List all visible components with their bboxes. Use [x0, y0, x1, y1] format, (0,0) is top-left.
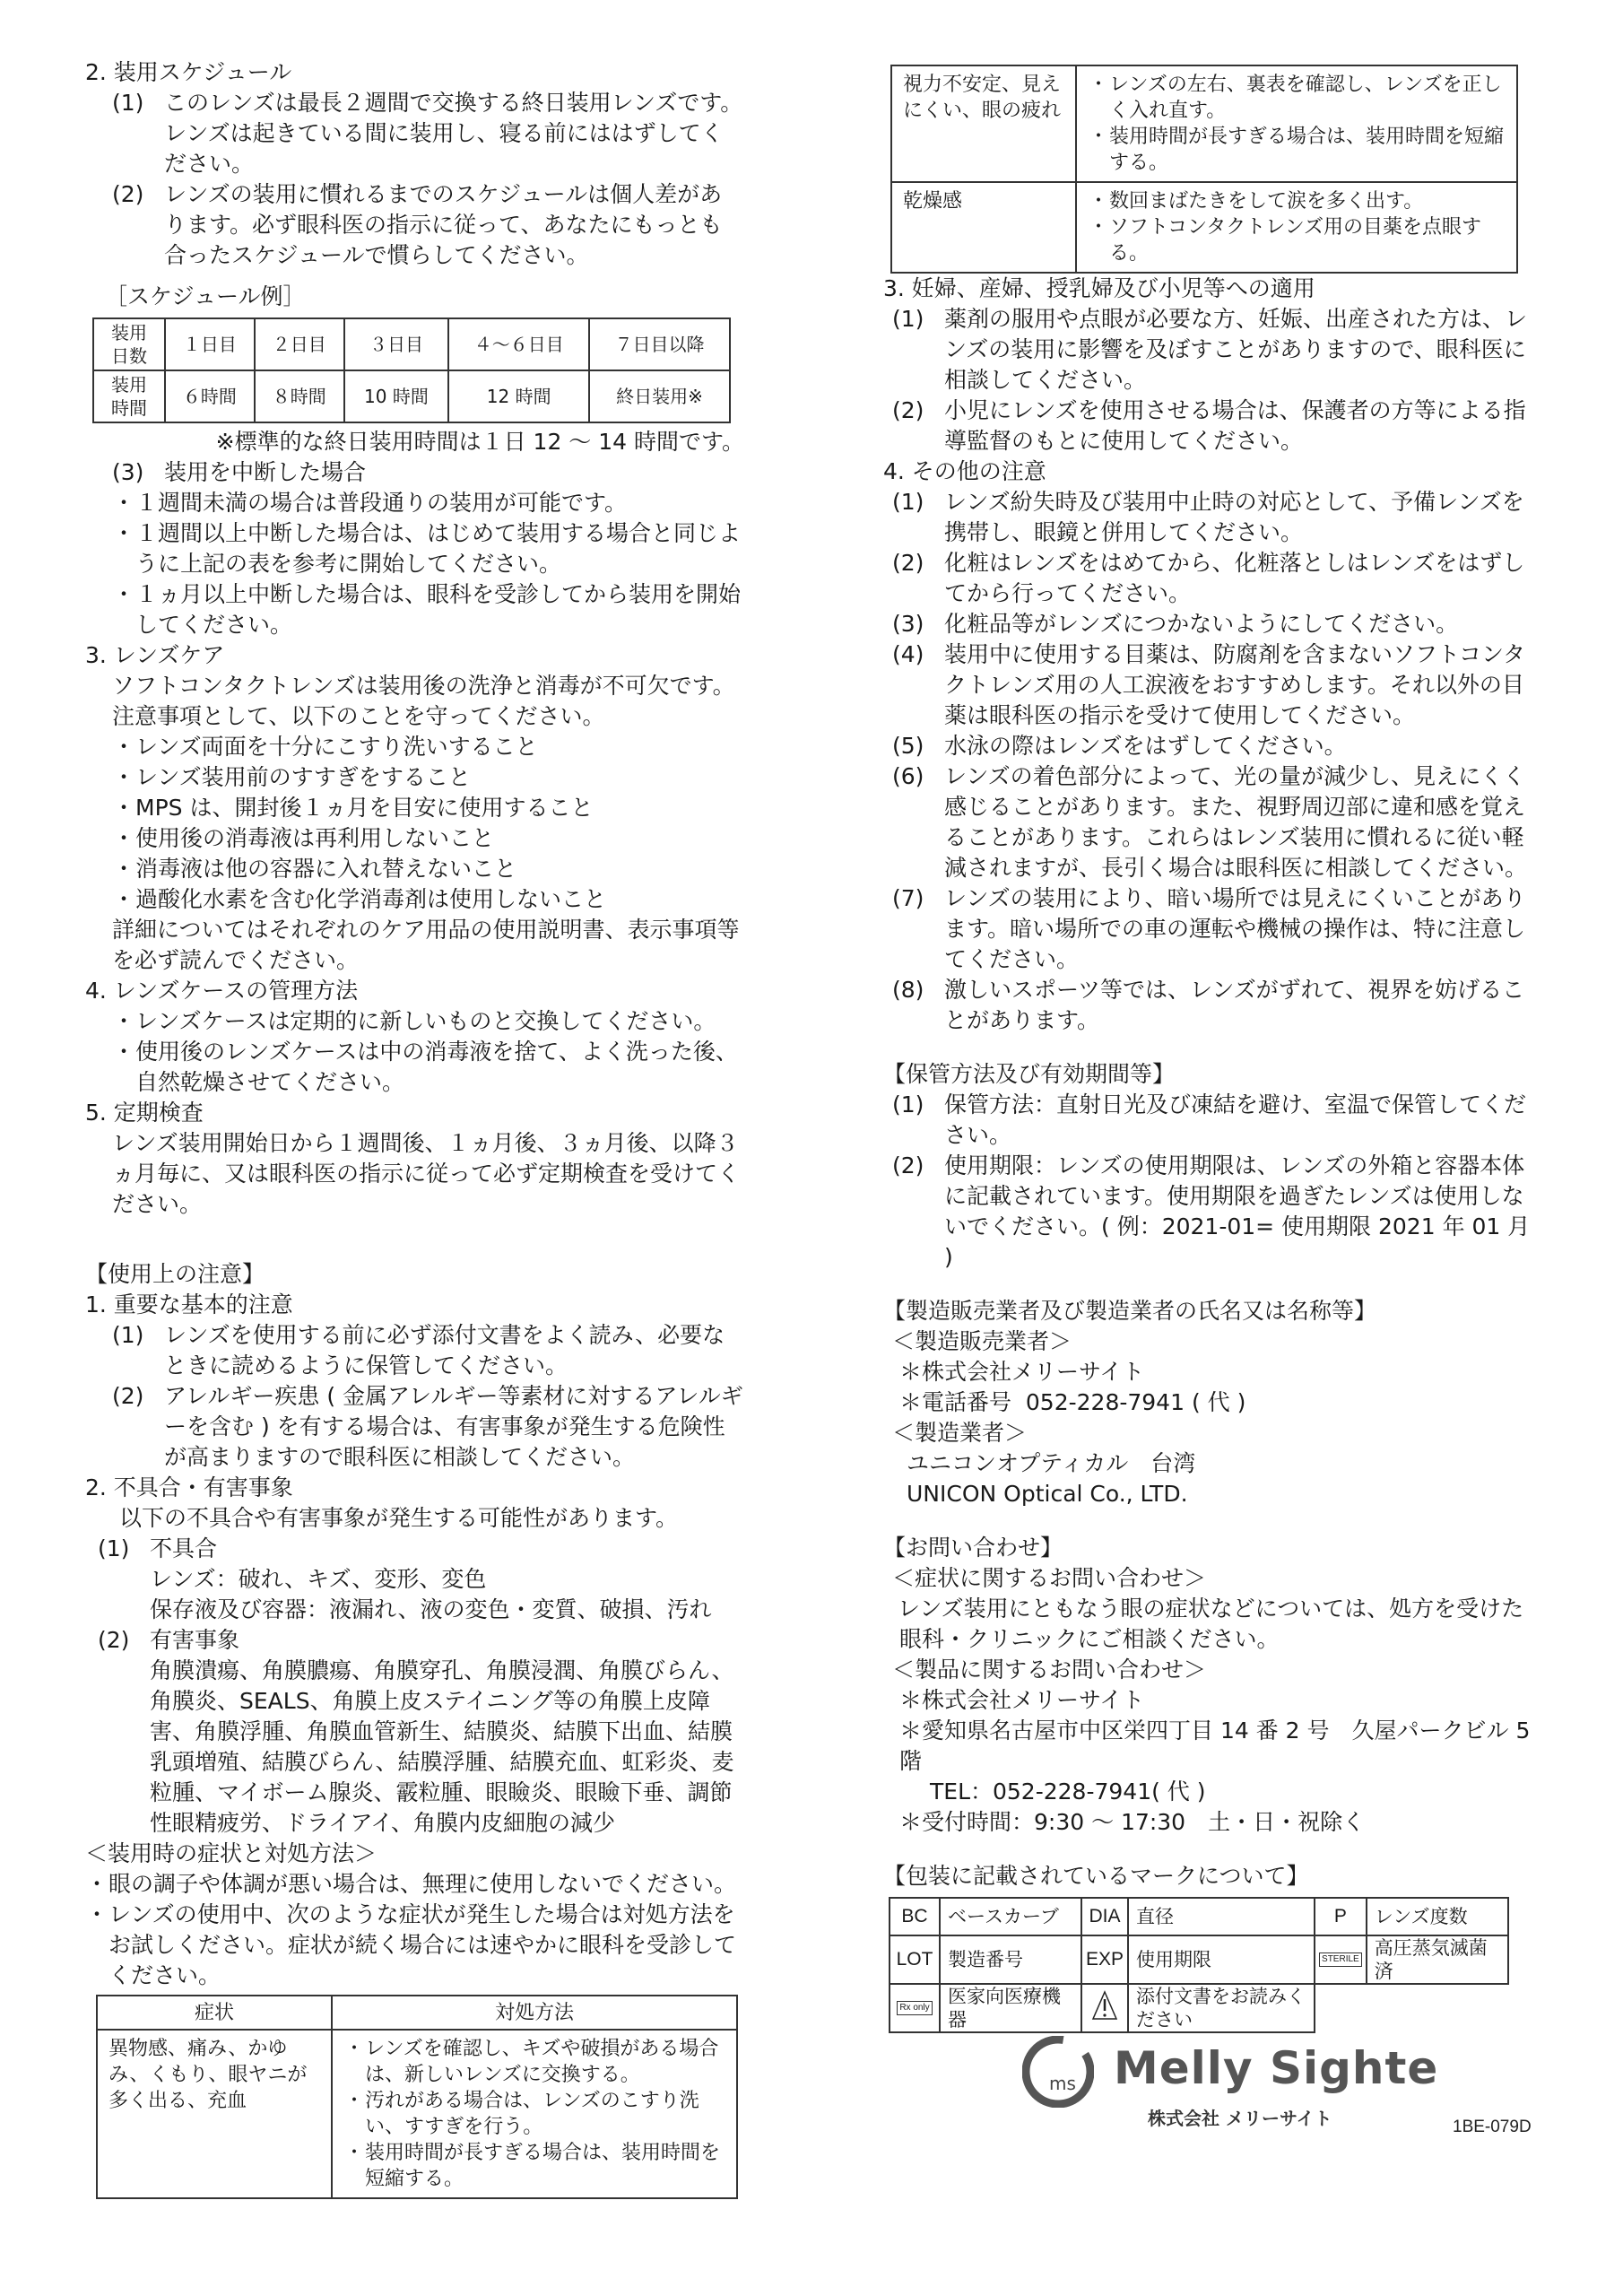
bullet-item: ・レンズの使用中、次のような症状が発生した場合は対処方法をお試しください。症状が… — [85, 1900, 744, 1991]
maker-name-jp: ユニコンオプティカル 台湾 — [883, 1448, 1542, 1479]
company-name-jp: 株式会社 メリーサイト — [1148, 2108, 1332, 2129]
section-title-adverse: 2. 不具合・有害事象 — [85, 1473, 744, 1503]
table-header: 症状 — [97, 1996, 332, 2030]
bullet-item: ・１週間未満の場合は普段通りの装用が可能です。 — [85, 488, 744, 518]
bullet-item: ・使用後の消毒液は再利用しないこと — [85, 823, 744, 854]
list-item: (3) 装用を中断した場合 — [85, 457, 744, 488]
bullet-item: ・１週間以上中断した場合は、はじめて装用する場合と同じように上記の表を参考に開始… — [85, 518, 744, 579]
list-item: (1)レンズ紛失時及び装用中止時の対応として、予備レンズを携帯し、眼鏡と併用して… — [883, 487, 1542, 548]
bullet-item: ・過酸化水素を含む化学消毒剤は使用しないこと — [85, 884, 744, 915]
table-cell: 終日装用※ — [589, 370, 730, 422]
paragraph: 保存液及び容器：液漏れ、液の変色・変質、破損、汚れ — [85, 1595, 744, 1625]
section-title-lens-case: 4. レンズケースの管理方法 — [85, 976, 744, 1006]
bullet-item: ・レンズ装用前のすすぎをすること — [85, 762, 744, 793]
symptoms-heading: ＜装用時の症状と対処方法＞ — [85, 1839, 744, 1869]
heading-manufacturer: 【製造販売業者及び製造業者の氏名又は名称等】 — [883, 1296, 1542, 1326]
list-item: (2) 小児にレンズを使用させる場合は、保護者の方等による指導監督のもとに使用し… — [883, 396, 1542, 457]
maker-label: ＜製造業者＞ — [883, 1418, 1542, 1448]
paragraph: 詳細についてはそれぞれのケア用品の使用説明書、表示事項等を必ず読んでください。 — [85, 915, 744, 976]
heading-precautions: 【使用上の注意】 — [85, 1259, 744, 1290]
list-item: (2)使用期限：レンズの使用期限は、レンズの外箱と容器本体に記載されています。使… — [883, 1151, 1542, 1273]
paragraph: ソフトコンタクトレンズは装用後の洗浄と消毒が不可欠です。注意事項として、以下のこ… — [85, 671, 744, 732]
heading-storage: 【保管方法及び有効期間等】 — [883, 1059, 1542, 1090]
sterile-icon: STERILE — [1315, 1935, 1367, 1984]
contact-company: ＊株式会社メリーサイト — [883, 1685, 1542, 1716]
list-item: (5)水泳の際はレンズをはずしてください。 — [883, 731, 1542, 761]
seller-phone: ＊電話番号 052-228-7941 ( 代 ) — [883, 1387, 1542, 1418]
seller-name: ＊株式会社メリーサイト — [883, 1357, 1542, 1387]
paragraph: レンズ装用にともなう眼の症状などについては、処方を受けた — [883, 1594, 1542, 1624]
paragraph: 眼科・クリニックにご相談ください。 — [883, 1624, 1542, 1655]
paragraph: 角膜潰瘍、角膜膿瘍、角膜穿孔、角膜浸潤、角膜びらん、角膜炎、SEALS、角膜上皮… — [85, 1656, 744, 1839]
bullet-item: ・MPS は、開封後１ヵ月を目安に使用すること — [85, 793, 744, 823]
rx-only-icon: Rx only — [890, 1984, 940, 2032]
table-cell: 乾燥感 — [891, 182, 1076, 273]
bullet-item: ・レンズ両面を十分にこすり洗いすること — [85, 732, 744, 762]
list-item: (3)化粧品等がレンズにつかないようにしてください。 — [883, 609, 1542, 639]
contact-address: ＊愛知県名古屋市中区栄四丁目 14 番 2 号 久屋パークビル 5 階 — [883, 1716, 1542, 1777]
mark-code: LOT — [890, 1935, 940, 1984]
schedule-note: ※標準的な終日装用時間は１日 12 ～ 14 時間です。 — [85, 427, 744, 457]
mark-code: EXP — [1081, 1935, 1128, 1984]
list-item: (2) レンズの装用に慣れるまでのスケジュールは個人差があります。必ず眼科医の指… — [85, 179, 744, 271]
table-cell: ・レンズを確認し、キズや破損がある場合は、新しいレンズに交換する。 ・汚れがある… — [332, 2030, 737, 2198]
mark-desc: 高圧蒸気滅菌済 — [1367, 1935, 1508, 1984]
contact-symptom-label: ＜症状に関するお問い合わせ＞ — [883, 1563, 1542, 1594]
section-title-checkup: 5. 定期検査 — [85, 1098, 744, 1128]
right-column: 視力不安定、見えにくい、眼の疲れ ・レンズの左右、裏表を確認し、レンズを正しく入… — [883, 65, 1542, 2033]
table-cell: ７日目以降 — [589, 318, 730, 370]
maker-name-en: UNICON Optical Co., LTD. — [883, 1479, 1542, 1509]
heading-marks: 【包装に記載されているマークについて】 — [883, 1861, 1542, 1892]
seller-label: ＜製造販売業者＞ — [883, 1326, 1542, 1357]
table-cell: 10 時間 — [344, 370, 449, 422]
table-cell: ３日目 — [344, 318, 449, 370]
list-item: (1)保管方法：直射日光及び凍結を避け、室温で保管してください。 — [883, 1090, 1542, 1151]
logo-mark-icon: ms — [1022, 2036, 1094, 2108]
table-cell: 視力不安定、見えにくい、眼の疲れ — [891, 65, 1076, 182]
paragraph: レンズ装用開始日から１週間後、１ヵ月後、３ヵ月後、以降３ヵ月毎に、又は眼科医の指… — [85, 1128, 744, 1220]
contact-hours: ＊受付時間：9:30 ～ 17:30 土・日・祝除く — [883, 1807, 1542, 1838]
table-header: 対処方法 — [332, 1996, 737, 2030]
bullet-item: ・１ヵ月以上中断した場合は、眼科を受診してから装用を開始してください。 — [85, 579, 744, 640]
list-item: (1) 薬剤の服用や点眼が必要な方、妊娠、出産された方は、レンズの装用に影響を及… — [883, 304, 1542, 396]
left-column: 2. 装用スケジュール (1) このレンズは最長２週間で交換する終日装用レンズで… — [85, 57, 744, 2199]
mark-desc: レンズ度数 — [1367, 1898, 1508, 1935]
warning-icon — [1081, 1984, 1128, 2032]
mark-desc: ベースカーブ — [940, 1898, 1081, 1935]
table-cell: １日目 — [165, 318, 255, 370]
table-cell: ・レンズの左右、裏表を確認し、レンズを正しく入れ直す。 ・装用時間が長すぎる場合… — [1076, 65, 1517, 182]
document-number: 1BE-079D — [1453, 2112, 1532, 2143]
mark-code: DIA — [1081, 1898, 1128, 1935]
symptom-table-continued: 視力不安定、見えにくい、眼の疲れ ・レンズの左右、裏表を確認し、レンズを正しく入… — [890, 65, 1518, 274]
table-cell: 12 時間 — [448, 370, 589, 422]
heading-contact: 【お問い合わせ】 — [883, 1533, 1542, 1563]
mark-desc: 医家向医療機器 — [940, 1984, 1081, 2032]
brand-name: Melly Sighte — [1114, 2041, 1438, 2095]
mark-code: BC — [890, 1898, 940, 1935]
bullet-item: ・消毒液は他の容器に入れ替えないこと — [85, 854, 744, 884]
table-cell: ・数回まばたきをして涙を多く出す。 ・ソフトコンタクトレンズ用の目薬を点眼する。 — [1076, 182, 1517, 273]
list-item: (1) 不具合 — [85, 1534, 744, 1564]
list-item: (4)装用中に使用する目薬は、防腐剤を含まないソフトコンタクトレンズ用の人工涙液… — [883, 639, 1542, 731]
list-item: (1) レンズを使用する前に必ず添付文書をよく読み、必要なときに読めるように保管… — [85, 1320, 744, 1381]
section-title-basic: 1. 重要な基本的注意 — [85, 1290, 744, 1320]
list-item: (2) アレルギー疾患 ( 金属アレルギー等素材に対するアレルギーを含む ) を… — [85, 1381, 744, 1473]
table-cell: ８時間 — [255, 370, 344, 422]
schedule-label: ［スケジュール例］ — [85, 282, 744, 312]
mark-code: P — [1315, 1898, 1367, 1935]
bullet-item: ・眼の調子や体調が悪い場合は、無理に使用しないでください。 — [85, 1869, 744, 1900]
mark-desc: 直径 — [1128, 1898, 1315, 1935]
row-header-days: 装用 日数 — [93, 318, 165, 370]
section-title-other: 4. その他の注意 — [883, 457, 1542, 487]
table-cell: ６時間 — [165, 370, 255, 422]
list-item: (1) このレンズは最長２週間で交換する終日装用レンズです。レンズは起きている間… — [85, 88, 744, 179]
mark-desc: 使用期限 — [1128, 1935, 1315, 1984]
list-item: (6)レンズの着色部分によって、光の量が減少し、見えにくく感じることがあります。… — [883, 761, 1542, 883]
list-item: (2)化粧はレンズをはめてから、化粧落としはレンズをはずしてから行ってください。 — [883, 548, 1542, 609]
section-title-lens-care: 3. レンズケア — [85, 640, 744, 671]
mark-desc: 添付文書をお読みください — [1128, 1984, 1315, 2032]
table-cell: ２日目 — [255, 318, 344, 370]
section-title-pregnancy: 3. 妊婦、産婦、授乳婦及び小児等への適用 — [883, 274, 1542, 304]
marks-table: BC ベースカーブ DIA 直径 P レンズ度数 LOT 製造番号 EXP 使用… — [889, 1897, 1509, 2033]
table-cell: 異物感、痛み、かゆみ、くもり、眼ヤニが多く出る、充血 — [97, 2030, 332, 2198]
list-item: (2) 有害事象 — [85, 1625, 744, 1656]
list-item: (7)レンズの装用により、暗い場所では見えにくいことがあります。暗い場所での車の… — [883, 883, 1542, 975]
bullet-item: ・使用後のレンズケースは中の消毒液を捨て、よく洗った後、自然乾燥させてください。 — [85, 1037, 744, 1098]
contact-product-label: ＜製品に関するお問い合わせ＞ — [883, 1655, 1542, 1685]
schedule-table: 装用 日数 １日目 ２日目 ３日目 ４～６日目 ７日目以降 装用 時間 ６時間 … — [92, 317, 731, 423]
contact-tel: TEL：052-228-7941( 代 ) — [883, 1777, 1542, 1807]
list-item: (8)激しいスポーツ等では、レンズがずれて、視界を妨げることがあります。 — [883, 975, 1542, 1036]
mark-desc: 製造番号 — [940, 1935, 1081, 1984]
paragraph: レンズ：破れ、キズ、変形、変色 — [85, 1564, 744, 1595]
svg-text:ms: ms — [1049, 2073, 1076, 2094]
paragraph: 以下の不具合や有害事象が発生する可能性があります。 — [85, 1503, 744, 1534]
row-header-hours: 装用 時間 — [93, 370, 165, 422]
table-cell: ４～６日目 — [448, 318, 589, 370]
section-title-schedule: 2. 装用スケジュール — [85, 57, 744, 88]
symptom-table: 症状 対処方法 異物感、痛み、かゆみ、くもり、眼ヤニが多く出る、充血 ・レンズを… — [96, 1995, 738, 2199]
bullet-item: ・レンズケースは定期的に新しいものと交換してください。 — [85, 1006, 744, 1037]
